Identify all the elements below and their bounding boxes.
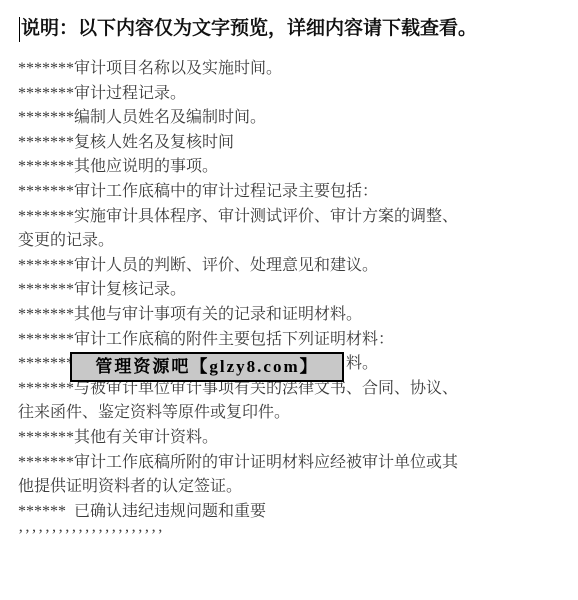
watermark-badge: 管理资源吧【glzy8.com】 (70, 352, 344, 382)
line-prefix: ******* (18, 355, 74, 372)
line-suffix: 料。 (346, 355, 378, 372)
document-preview-page: 说明：以下内容仅为文字预览，详细内容请下载查看。 *******审计项目名称以及… (0, 0, 578, 600)
text-line: *******审计工作底稿的附件主要包括下列证明材料： (18, 328, 578, 353)
text-line: *******其他与审计事项有关的记录和证明材料。 (18, 303, 578, 328)
text-line: *******审计人员的判断、评价、处理意见和建议。 (18, 254, 578, 279)
text-line: 他提供证明资料者的认定签证。 (18, 475, 578, 500)
text-line: ****** 已确认违纪违规问题和重要 (18, 500, 578, 525)
text-line: *******编制人员姓名及编制时间。 (18, 106, 578, 131)
text-line: *******其他应说明的事项。 (18, 155, 578, 180)
ellipsis-line: ’’’’’’’’’’’’’’’’’’’’’’ (18, 524, 578, 549)
text-line: *******审计项目名称以及实施时间。 (18, 57, 578, 82)
text-line: *******其他有关审计资料。 (18, 426, 578, 451)
text-line: *******审计工作底稿所附的审计证明材料应经被审计单位或其 (18, 451, 578, 476)
preview-notice: 说明：以下内容仅为文字预览，详细内容请下载查看。 (0, 0, 578, 42)
text-line: *******审计过程记录。 (18, 82, 578, 107)
text-cursor (19, 17, 20, 42)
text-line: *******审计复核记录。 (18, 278, 578, 303)
text-line: 往来函件、鉴定资料等原件或复印件。 (18, 401, 578, 426)
preview-body: *******审计项目名称以及实施时间。 *******审计过程记录。 ****… (0, 57, 578, 549)
text-line: *******审计工作底稿中的审计过程记录主要包括： (18, 180, 578, 205)
text-line: 变更的记录。 (18, 229, 578, 254)
text-line: *******复核人姓名及复核时间 (18, 131, 578, 156)
text-line: *******实施审计具体程序、审计测试评价、审计方案的调整、 (18, 205, 578, 230)
